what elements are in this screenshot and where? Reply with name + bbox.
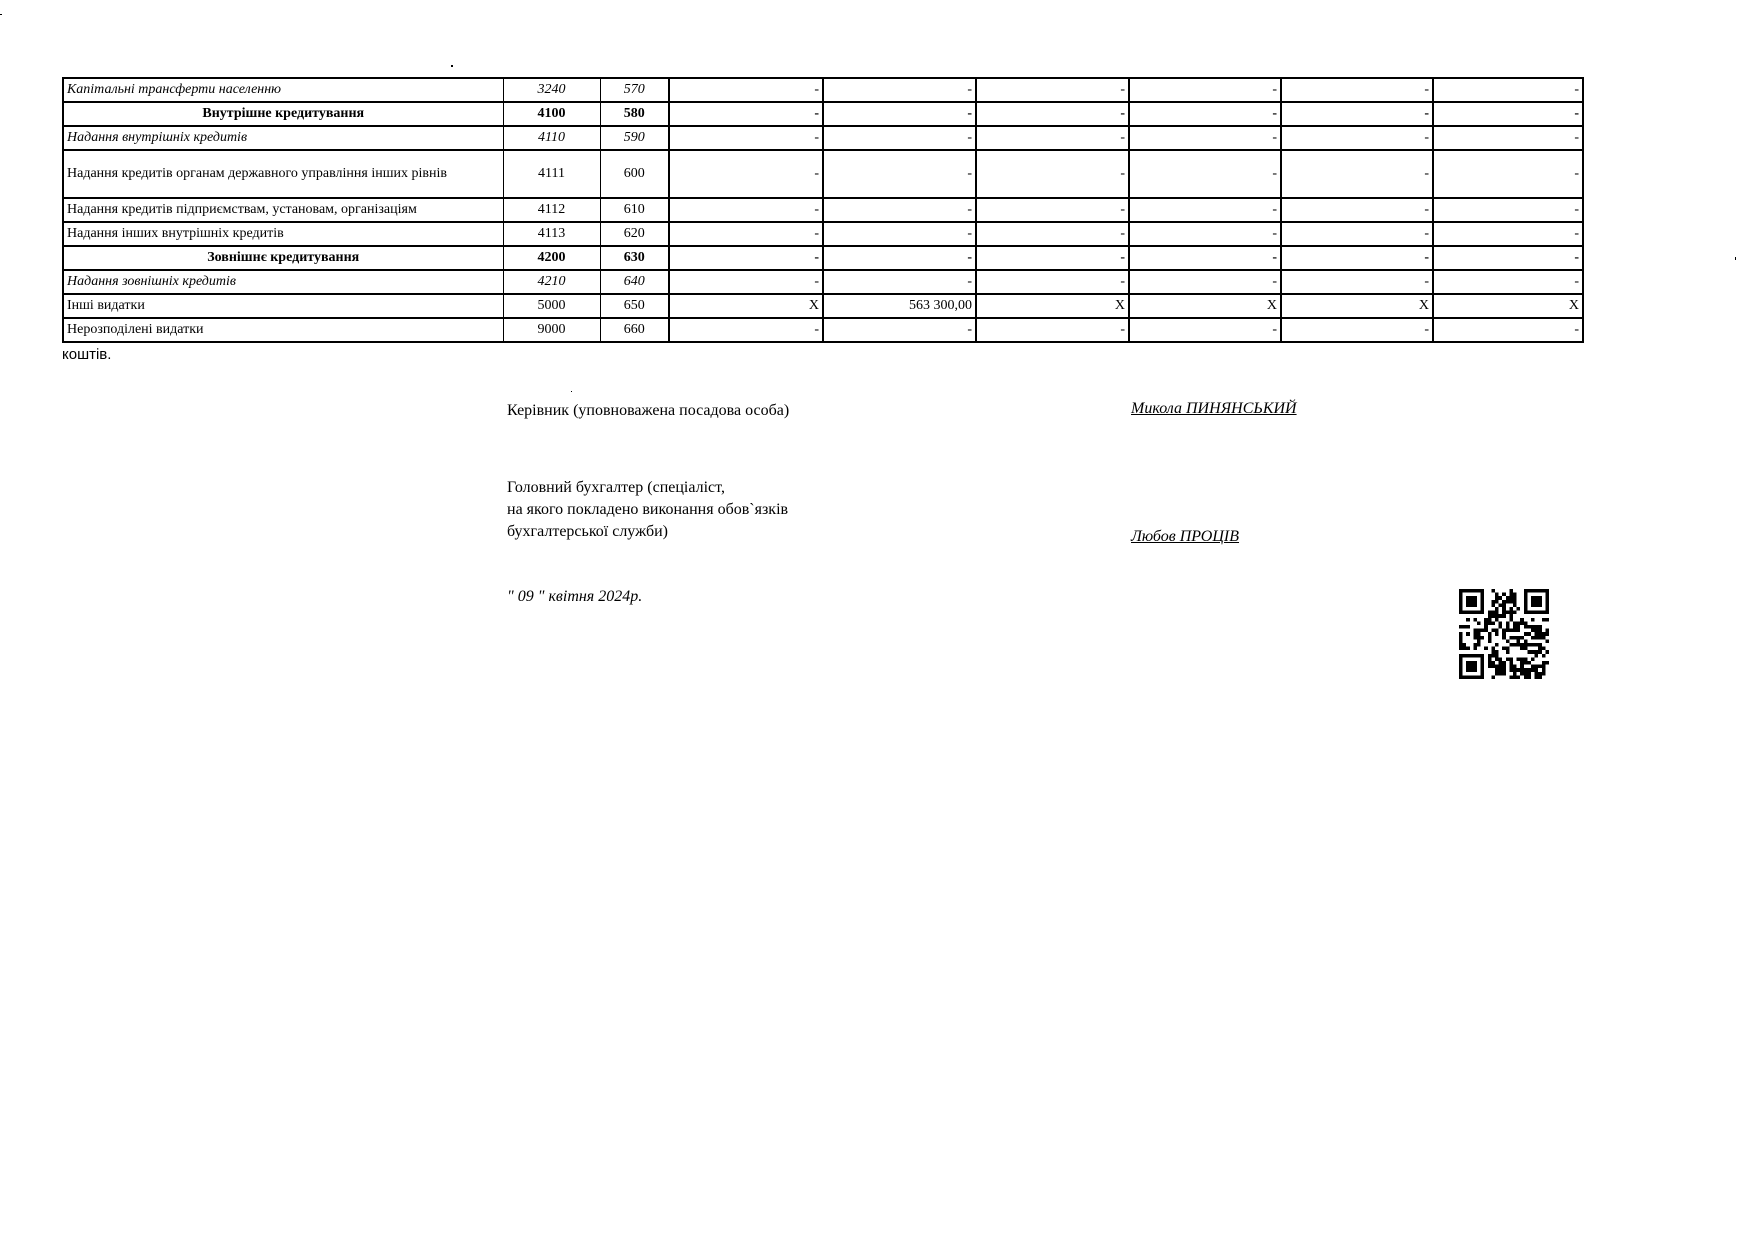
row-name: Нерозподілені видатки bbox=[63, 318, 503, 342]
row-value: - bbox=[1129, 222, 1281, 246]
row-value: - bbox=[1281, 126, 1433, 150]
row-line-code: 650 bbox=[600, 294, 669, 318]
row-line-code: 620 bbox=[600, 222, 669, 246]
row-code: 4210 bbox=[503, 270, 600, 294]
row-value: - bbox=[1129, 318, 1281, 342]
row-name: Внутрішне кредитування bbox=[63, 102, 503, 126]
row-name: Капітальні трансферти населенню bbox=[63, 78, 503, 102]
row-value: - bbox=[823, 246, 976, 270]
row-value: - bbox=[1129, 270, 1281, 294]
scan-speck bbox=[451, 65, 453, 67]
row-value: - bbox=[1433, 222, 1583, 246]
head-name: Микола ПИНЯНСЬКИЙ bbox=[1131, 400, 1297, 418]
row-line-code: 580 bbox=[600, 102, 669, 126]
row-value: - bbox=[1433, 270, 1583, 294]
row-value: - bbox=[669, 150, 823, 198]
budget-table: Капітальні трансферти населенню3240570--… bbox=[62, 77, 1584, 343]
row-name: Надання кредитів підприємствам, установа… bbox=[63, 198, 503, 222]
row-value: - bbox=[823, 126, 976, 150]
accountant-name: Любов ПРОЦІВ bbox=[1131, 528, 1239, 546]
row-value: - bbox=[669, 198, 823, 222]
row-value: - bbox=[1433, 102, 1583, 126]
row-value: - bbox=[669, 78, 823, 102]
row-value: - bbox=[823, 198, 976, 222]
table-row: Надання інших внутрішніх кредитів4113620… bbox=[63, 222, 1583, 246]
accountant-label-line: на якого покладено виконання обов`язків bbox=[507, 499, 788, 521]
row-code: 4100 bbox=[503, 102, 600, 126]
row-value: - bbox=[1433, 150, 1583, 198]
row-value: - bbox=[823, 318, 976, 342]
row-value: - bbox=[1433, 78, 1583, 102]
accountant-label-line: Головний бухгалтер (спеціаліст, bbox=[507, 477, 788, 499]
row-value: - bbox=[669, 222, 823, 246]
row-line-code: 610 bbox=[600, 198, 669, 222]
row-value: - bbox=[1433, 126, 1583, 150]
row-value: - bbox=[823, 102, 976, 126]
row-value: - bbox=[976, 102, 1129, 126]
row-line-code: 590 bbox=[600, 126, 669, 150]
row-value: - bbox=[976, 126, 1129, 150]
document-date: " 09 " квітня 2024р. bbox=[507, 588, 642, 606]
row-value: - bbox=[1281, 270, 1433, 294]
row-name: Надання зовнішніх кредитів bbox=[63, 270, 503, 294]
scan-speck bbox=[571, 391, 572, 392]
row-code: 5000 bbox=[503, 294, 600, 318]
row-value: - bbox=[1433, 246, 1583, 270]
row-name: Надання інших внутрішніх кредитів bbox=[63, 222, 503, 246]
row-value: - bbox=[1433, 198, 1583, 222]
row-value: - bbox=[669, 126, 823, 150]
row-value: - bbox=[1129, 150, 1281, 198]
table-row: Інші видатки5000650X563 300,00XXXX bbox=[63, 294, 1583, 318]
row-code: 4112 bbox=[503, 198, 600, 222]
row-code: 4110 bbox=[503, 126, 600, 150]
table-row: Капітальні трансферти населенню3240570--… bbox=[63, 78, 1583, 102]
row-value: - bbox=[976, 150, 1129, 198]
row-code: 4111 bbox=[503, 150, 600, 198]
scan-speck bbox=[0, 14, 2, 15]
row-value: - bbox=[823, 222, 976, 246]
row-value: - bbox=[1129, 78, 1281, 102]
row-value: - bbox=[823, 150, 976, 198]
row-value: - bbox=[1129, 198, 1281, 222]
row-value: - bbox=[669, 246, 823, 270]
row-line-code: 570 bbox=[600, 78, 669, 102]
qr-code-icon bbox=[1459, 589, 1549, 679]
row-name: Надання внутрішніх кредитів bbox=[63, 126, 503, 150]
row-value: - bbox=[669, 318, 823, 342]
row-value: - bbox=[1129, 102, 1281, 126]
table-row: Надання кредитів підприємствам, установа… bbox=[63, 198, 1583, 222]
head-label: Керівник (уповноважена посадова особа) bbox=[507, 400, 789, 422]
scan-speck bbox=[1735, 257, 1736, 260]
row-code: 9000 bbox=[503, 318, 600, 342]
row-value: - bbox=[976, 78, 1129, 102]
row-value: - bbox=[669, 270, 823, 294]
row-code: 3240 bbox=[503, 78, 600, 102]
table-row: Зовнішнє кредитування4200630------ bbox=[63, 246, 1583, 270]
row-value: - bbox=[1281, 150, 1433, 198]
row-line-code: 640 bbox=[600, 270, 669, 294]
row-value: - bbox=[1281, 102, 1433, 126]
row-value: X bbox=[1281, 294, 1433, 318]
row-name: Зовнішнє кредитування bbox=[63, 246, 503, 270]
row-name: Інші видатки bbox=[63, 294, 503, 318]
row-value: - bbox=[1281, 78, 1433, 102]
table-row: Надання внутрішніх кредитів4110590------ bbox=[63, 126, 1583, 150]
table-row: Надання зовнішніх кредитів4210640------ bbox=[63, 270, 1583, 294]
row-value: - bbox=[823, 270, 976, 294]
table-row: Внутрішне кредитування4100580------ bbox=[63, 102, 1583, 126]
row-value: 563 300,00 bbox=[823, 294, 976, 318]
row-value: - bbox=[976, 246, 1129, 270]
row-value: - bbox=[669, 102, 823, 126]
row-line-code: 630 bbox=[600, 246, 669, 270]
row-value: X bbox=[1433, 294, 1583, 318]
row-value: - bbox=[1281, 246, 1433, 270]
row-value: X bbox=[1129, 294, 1281, 318]
row-line-code: 660 bbox=[600, 318, 669, 342]
row-value: - bbox=[1281, 222, 1433, 246]
row-code: 4200 bbox=[503, 246, 600, 270]
note-text: коштів. bbox=[62, 346, 111, 363]
row-value: X bbox=[976, 294, 1129, 318]
row-value: - bbox=[976, 198, 1129, 222]
row-value: - bbox=[1129, 246, 1281, 270]
accountant-label: Головний бухгалтер (спеціаліст, на якого… bbox=[507, 477, 788, 543]
row-value: - bbox=[976, 318, 1129, 342]
row-name: Надання кредитів органам державного упра… bbox=[63, 150, 503, 198]
row-value: - bbox=[1433, 318, 1583, 342]
row-value: - bbox=[976, 270, 1129, 294]
row-value: - bbox=[1281, 318, 1433, 342]
row-value: - bbox=[976, 222, 1129, 246]
table-row: Надання кредитів органам державного упра… bbox=[63, 150, 1583, 198]
row-value: - bbox=[1129, 126, 1281, 150]
row-code: 4113 bbox=[503, 222, 600, 246]
row-value: X bbox=[669, 294, 823, 318]
table-row: Нерозподілені видатки9000660------ bbox=[63, 318, 1583, 342]
accountant-label-line: бухгалтерської служби) bbox=[507, 521, 788, 543]
row-line-code: 600 bbox=[600, 150, 669, 198]
row-value: - bbox=[823, 78, 976, 102]
row-value: - bbox=[1281, 198, 1433, 222]
